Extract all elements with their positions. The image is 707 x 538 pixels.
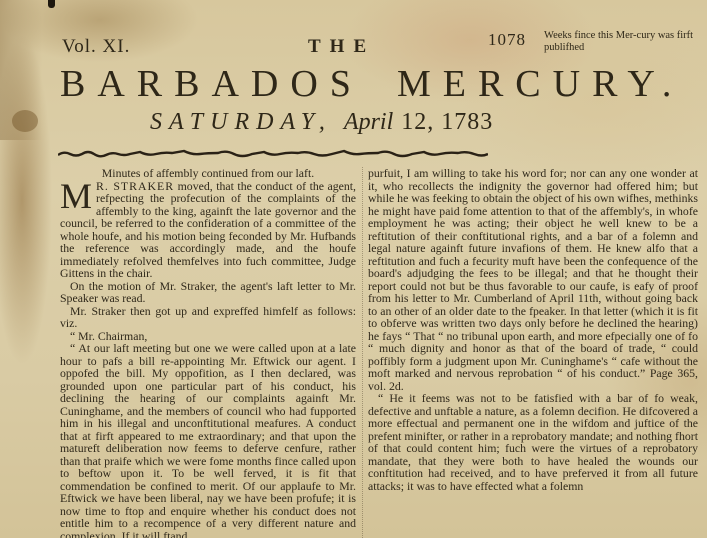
article-paragraph: purfuit, I am willing to take his word f…	[368, 167, 698, 392]
ink-blot	[48, 0, 55, 8]
article-paragraph: MR. STRAKER moved, that the conduct of t…	[60, 180, 356, 280]
newspaper-title: BARBADOSMERCURY.	[60, 64, 700, 104]
weeks-count: 1078	[488, 30, 526, 50]
article-left-column: Minutes of affembly continued from our l…	[60, 167, 356, 538]
dateline-date: 12, 1783	[401, 109, 493, 135]
column-divider	[362, 167, 364, 538]
masthead-the: THE	[308, 36, 375, 58]
article-paragraph: On the motion of Mr. Straker, the agent'…	[60, 280, 356, 305]
article-paragraph: Mr. Straker then got up and expreffed hi…	[60, 305, 356, 330]
water-stain	[12, 110, 38, 132]
dateline-month: April	[344, 109, 393, 135]
article-paragraph: “ At our laft meeting but one we were ca…	[60, 342, 356, 538]
drop-cap: M	[60, 182, 92, 210]
article-right-column: purfuit, I am willing to take his word f…	[368, 167, 698, 492]
dateline-day: SATURDAY,	[150, 109, 332, 135]
volume-number: Vol. XI.	[62, 36, 130, 58]
wavy-rule-icon	[58, 146, 488, 160]
article-paragraph: “ He it feems was not to be fatisfied wi…	[368, 392, 698, 492]
weeks-note: Weeks fince this Mer-cury was firft publ…	[544, 30, 707, 54]
title-word-mercury: MERCURY.	[397, 63, 683, 105]
title-word-barbados: BARBADOS	[60, 63, 363, 105]
dateline: SATURDAY,April12, 1783	[150, 109, 493, 136]
